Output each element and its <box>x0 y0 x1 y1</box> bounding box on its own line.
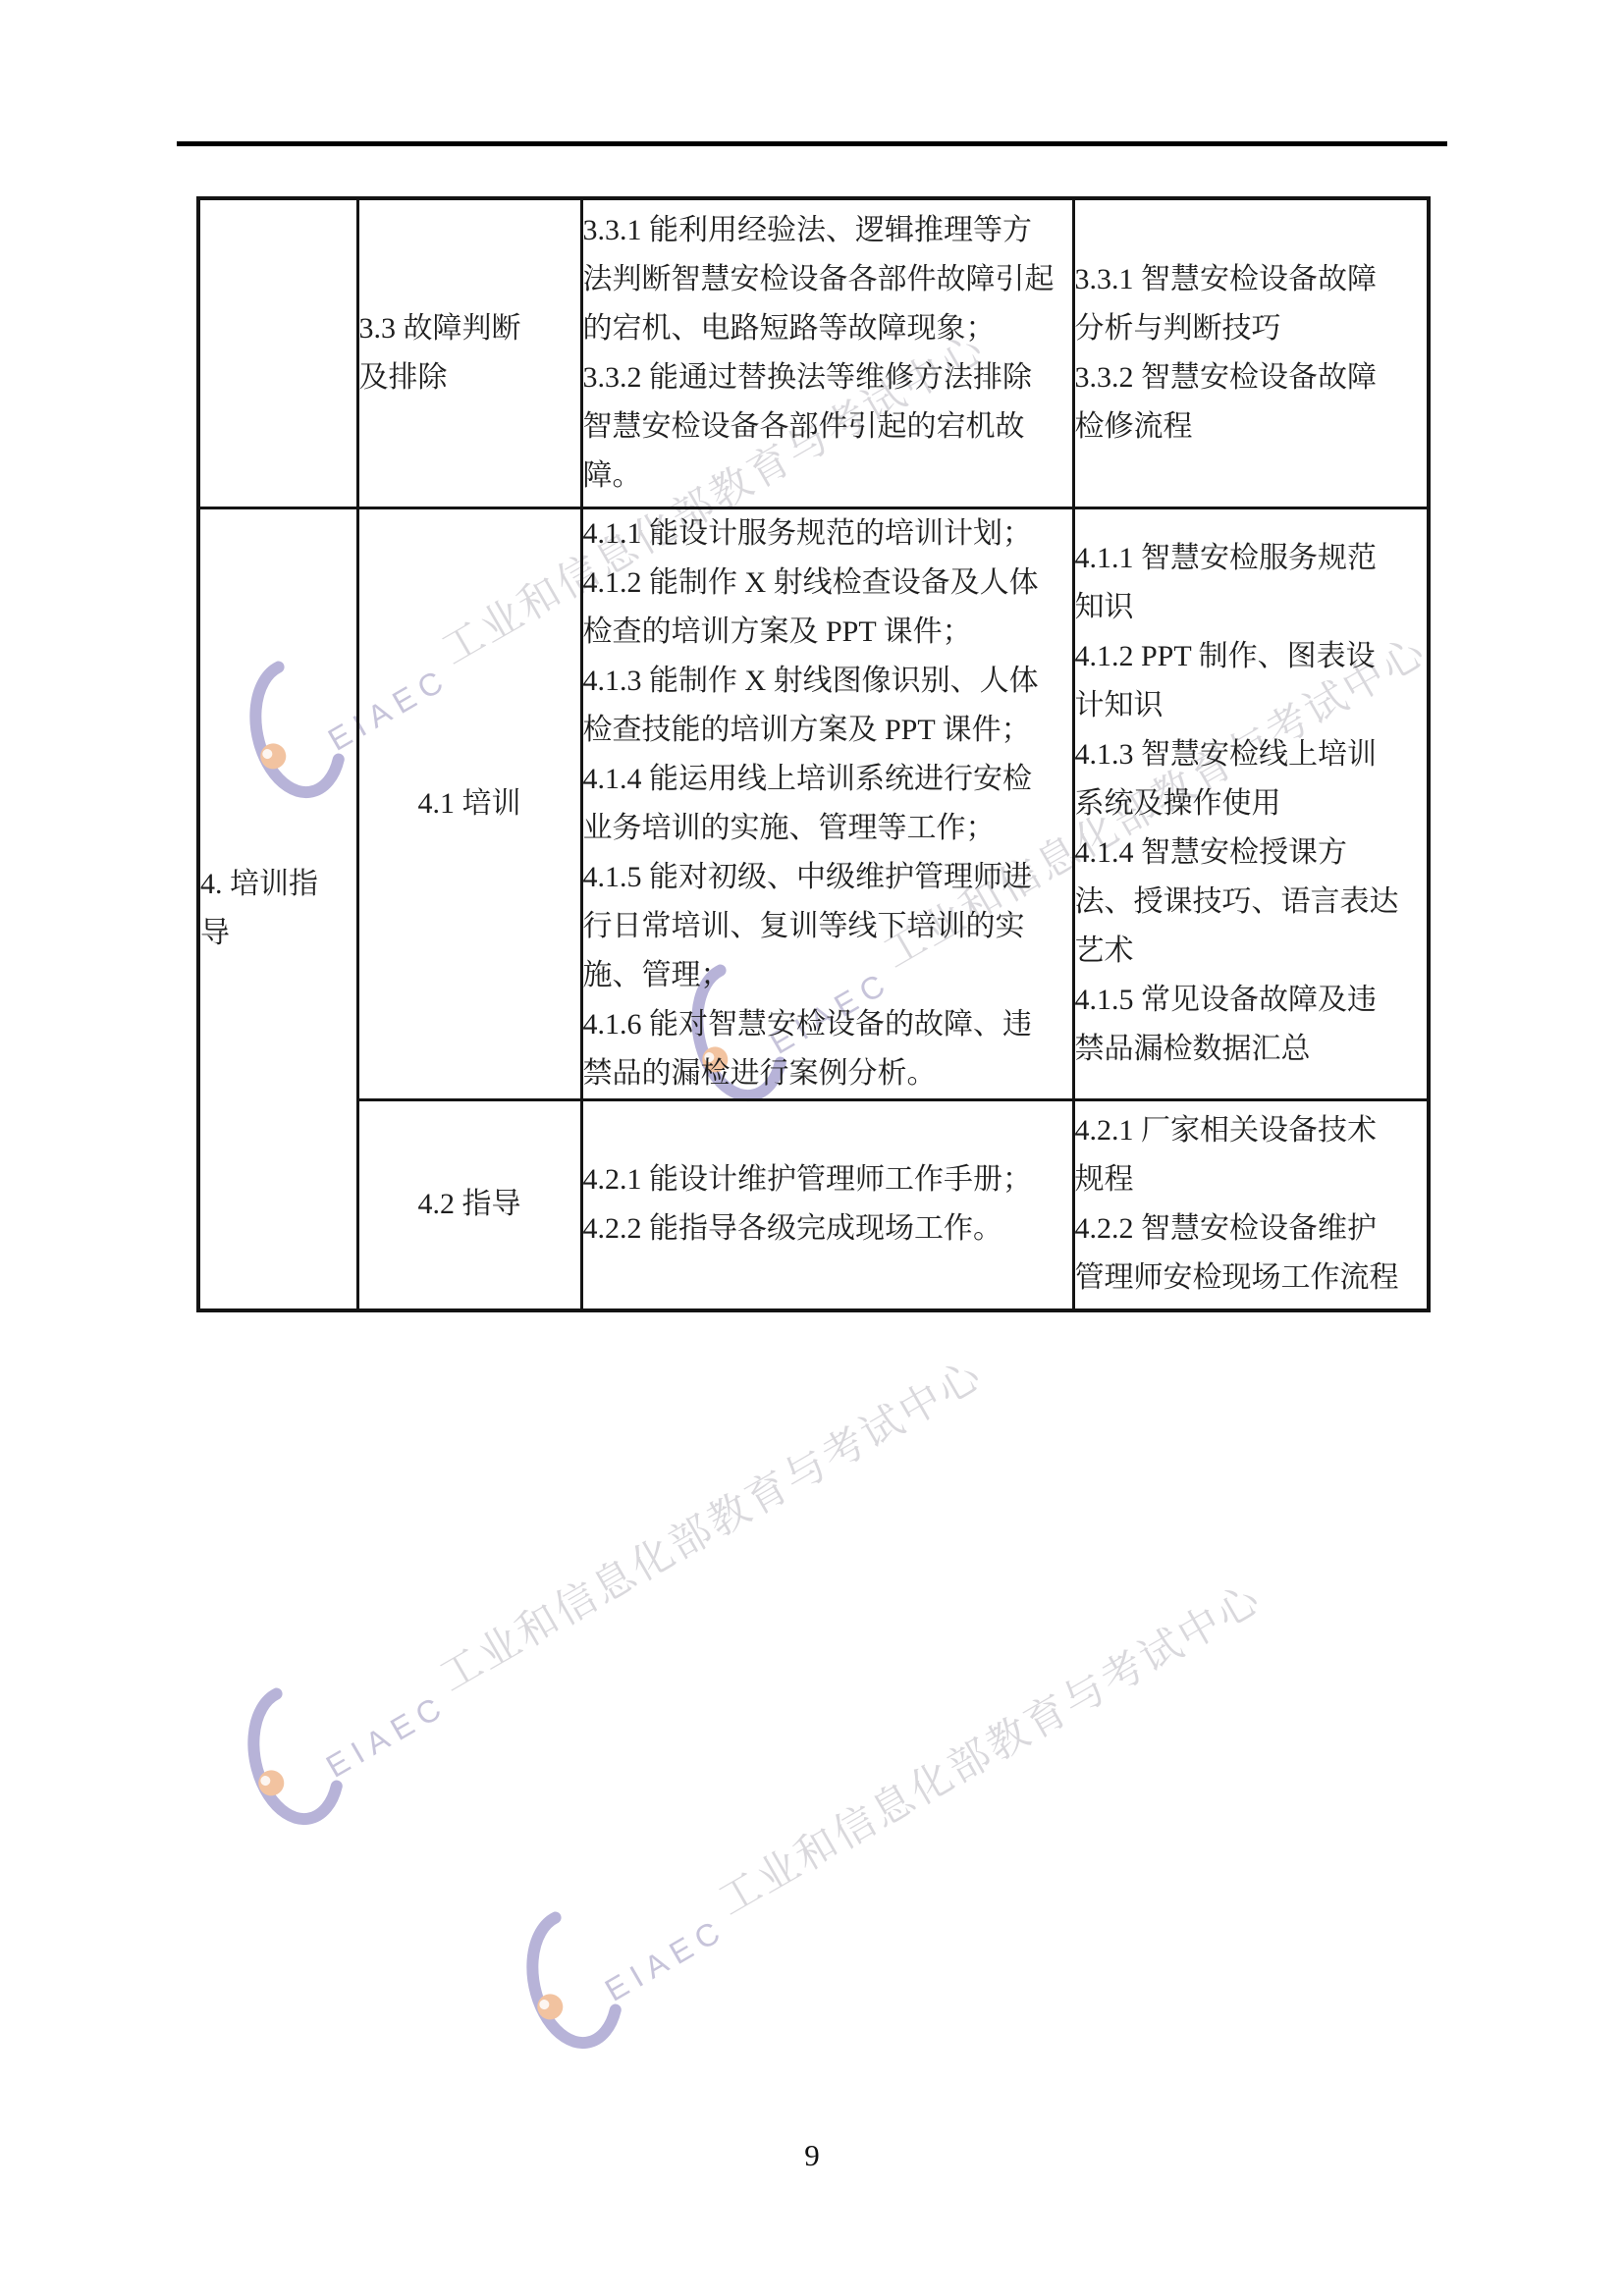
header-rule <box>177 141 1447 146</box>
skill-cell-3-3: 3.3.1 能利用经验法、逻辑推理等方 法判断智慧安检设备各部件故障引起 的宕机… <box>581 198 1073 507</box>
document-page: 3.3 故障判断 及排除 3.3.1 能利用经验法、逻辑推理等方 法判断智慧安检… <box>0 0 1624 2296</box>
work-item-text: 3.3 故障判断 及排除 <box>359 304 580 402</box>
work-item-cell-4-1: 4.1 培训 <box>357 507 581 1099</box>
table-row-4-1: 4. 培训指 导 4.1 培训 4.1.1 能设计服务规范的培训计划； 4.1.… <box>198 507 1429 1099</box>
knowledge-text: 4.1.1 智慧安检服务规范 知识 4.1.2 PPT 制作、图表设 计知识 4… <box>1075 534 1428 1074</box>
table-row-3-3: 3.3 故障判断 及排除 3.3.1 能利用经验法、逻辑推理等方 法判断智慧安检… <box>198 198 1429 507</box>
work-item-cell-3-3: 3.3 故障判断 及排除 <box>357 198 581 507</box>
knowledge-cell-4-2: 4.2.1 厂家相关设备技术 规程 4.2.2 智慧安检设备维护 管理师安检现场… <box>1073 1099 1429 1310</box>
function-cell-empty <box>198 198 357 507</box>
work-item-cell-4-2: 4.2 指导 <box>357 1099 581 1310</box>
knowledge-cell-3-3: 3.3.1 智慧安检设备故障 分析与判断技巧 3.3.2 智慧安检设备故障 检修… <box>1073 198 1429 507</box>
skill-text: 4.2.1 能设计维护管理师工作手册； 4.2.2 能指导各级完成现场工作。 <box>583 1155 1072 1254</box>
function-text: 4. 培训指 导 <box>200 860 356 958</box>
skill-cell-4-1: 4.1.1 能设计服务规范的培训计划； 4.1.2 能制作 X 射线检查设备及人… <box>581 507 1073 1099</box>
skill-cell-4-2: 4.2.1 能设计维护管理师工作手册； 4.2.2 能指导各级完成现场工作。 <box>581 1099 1073 1310</box>
knowledge-cell-4-1: 4.1.1 智慧安检服务规范 知识 4.1.2 PPT 制作、图表设 计知识 4… <box>1073 507 1429 1099</box>
function-cell-4: 4. 培训指 导 <box>198 507 357 1310</box>
knowledge-text: 4.2.1 厂家相关设备技术 规程 4.2.2 智慧安检设备维护 管理师安检现场… <box>1075 1106 1428 1303</box>
knowledge-text: 3.3.1 智慧安检设备故障 分析与判断技巧 3.3.2 智慧安检设备故障 检修… <box>1075 255 1428 452</box>
page-number: 9 <box>0 2138 1624 2173</box>
work-item-text: 4.1 培训 <box>359 779 580 828</box>
work-item-text: 4.2 指导 <box>359 1180 580 1229</box>
skill-text: 3.3.1 能利用经验法、逻辑推理等方 法判断智慧安检设备各部件故障引起 的宕机… <box>583 206 1072 501</box>
skill-requirements-table: 3.3 故障判断 及排除 3.3.1 能利用经验法、逻辑推理等方 法判断智慧安检… <box>196 196 1431 1312</box>
skill-text: 4.1.1 能设计服务规范的培训计划； 4.1.2 能制作 X 射线检查设备及人… <box>583 509 1072 1098</box>
table-row-4-2: 4.2 指导 4.2.1 能设计维护管理师工作手册； 4.2.2 能指导各级完成… <box>198 1099 1429 1310</box>
